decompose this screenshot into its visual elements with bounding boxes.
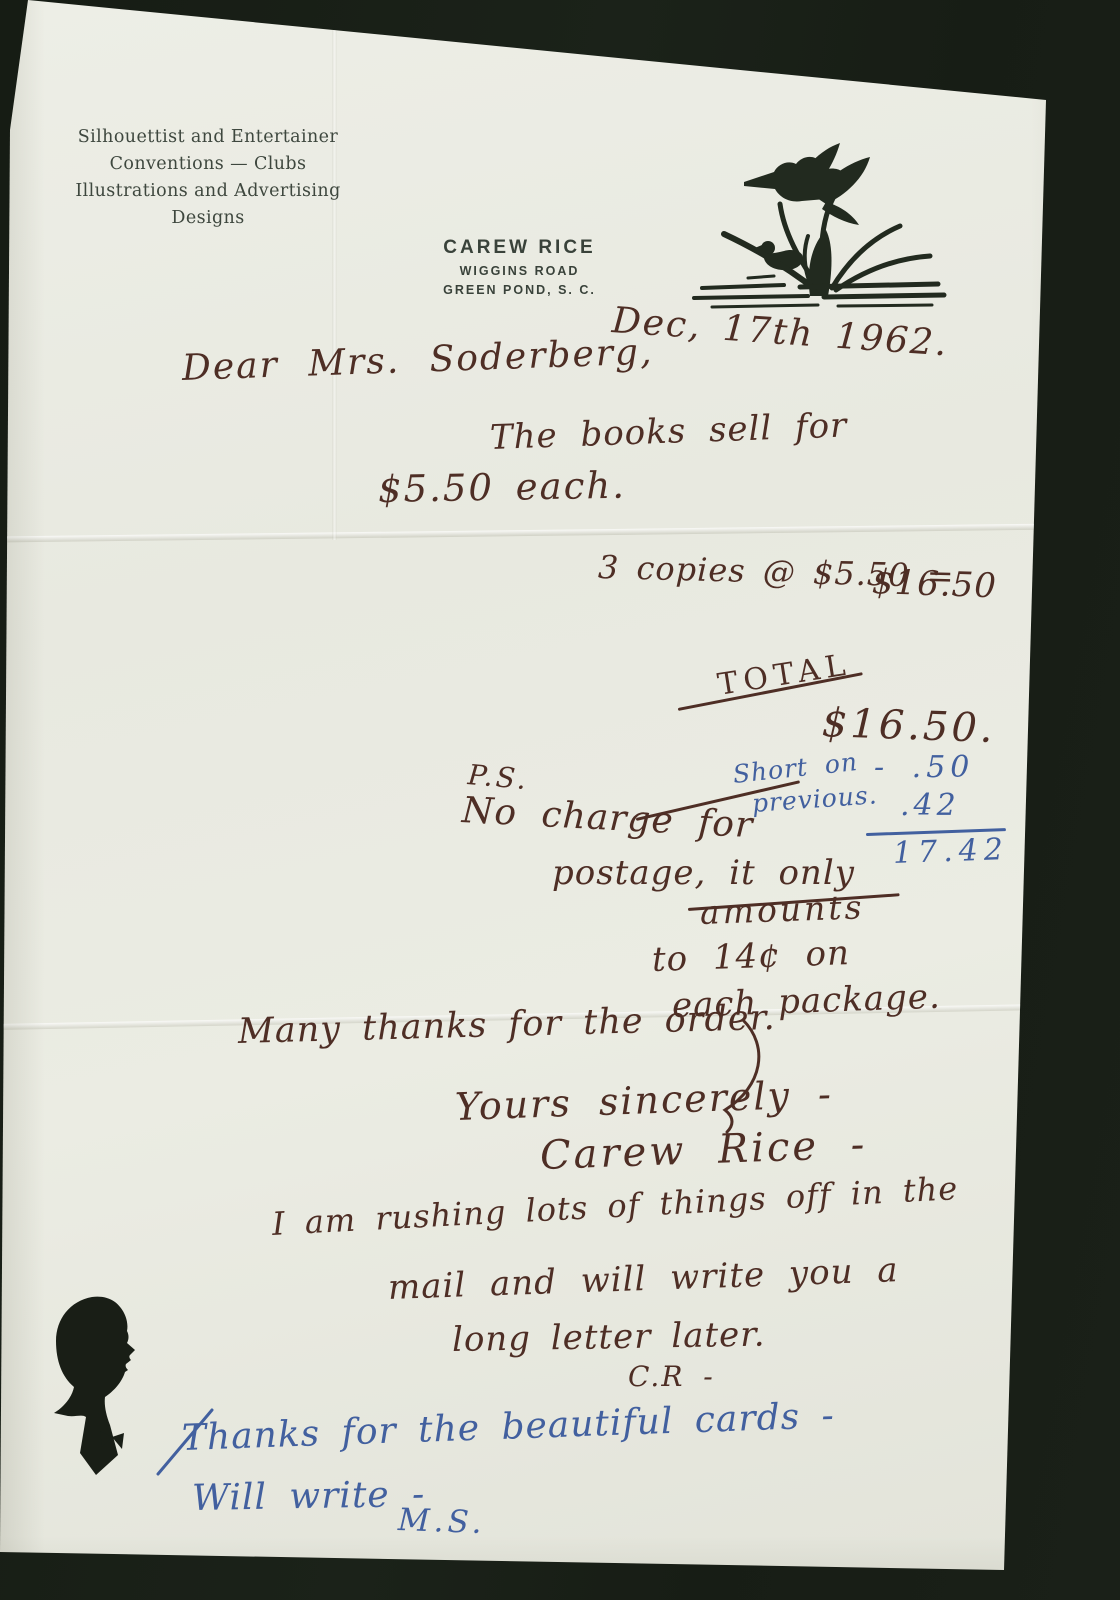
total-amount: $16.50.	[821, 700, 996, 752]
letterhead-city: GREEN POND, S. C.	[412, 283, 627, 297]
ps-line-amounts: amounts	[699, 887, 865, 932]
total-label: TOTAL	[715, 647, 853, 703]
postscript-line-1: I am rushing lots of things off in the	[271, 1169, 959, 1243]
body-line-books: The books sell for	[489, 406, 848, 458]
letterhead-center-block: CAREW RICE WIGGINS ROAD GREEN POND, S. C…	[412, 237, 627, 297]
ps-line-no-charge: No charge for	[461, 790, 754, 846]
ps-line-cents: to 14¢ on	[651, 933, 850, 980]
postscript-line-2: mail and will write you a	[387, 1250, 899, 1308]
blue-deduct-amount: - .50	[874, 750, 974, 785]
postscript-line-3: long letter later.	[452, 1315, 766, 1360]
letterhead-name: CAREW RICE	[412, 237, 627, 259]
blue-thanks-cards-line: Thanks for the beautiful cards -	[181, 1395, 835, 1459]
thanks-line: Many thanks for the order.	[237, 998, 776, 1052]
ducks-in-reeds-silhouette-icon	[688, 138, 950, 313]
postscript-initials: C.R -	[628, 1360, 715, 1393]
letterhead-line: Silhouettist and Entertainer	[58, 124, 358, 151]
body-line-copies-amount: $16.50	[871, 562, 997, 606]
fold-crease-upper	[0, 523, 1070, 542]
letter-paper: Silhouettist and Entertainer Conventions…	[0, 0, 1120, 1600]
letterhead-line: Designs	[58, 205, 358, 232]
body-line-price: $5.50 each.	[378, 464, 627, 511]
boy-profile-silhouette-icon	[30, 1285, 165, 1500]
letterhead-line: Conventions — Clubs	[58, 151, 358, 178]
blue-add-amount: .42	[900, 788, 960, 823]
blue-sum-amount: 17.42	[892, 832, 1009, 871]
ps-line-postage: postage, it only	[552, 853, 855, 893]
fold-crease-vertical	[332, 0, 337, 540]
blue-initials: M.S.	[397, 1502, 486, 1541]
signature: Carew Rice -	[539, 1122, 868, 1179]
letterhead-line: Illustrations and Advertising	[58, 178, 358, 205]
blue-will-write-line: Will write -	[192, 1474, 426, 1519]
salutation: Dear Mrs. Soderberg,	[181, 332, 654, 389]
closing-line: Yours sincerely -	[454, 1072, 833, 1129]
letterhead-left-block: Silhouettist and Entertainer Conventions…	[58, 124, 358, 233]
letterhead-road: WIGGINS ROAD	[412, 264, 627, 278]
